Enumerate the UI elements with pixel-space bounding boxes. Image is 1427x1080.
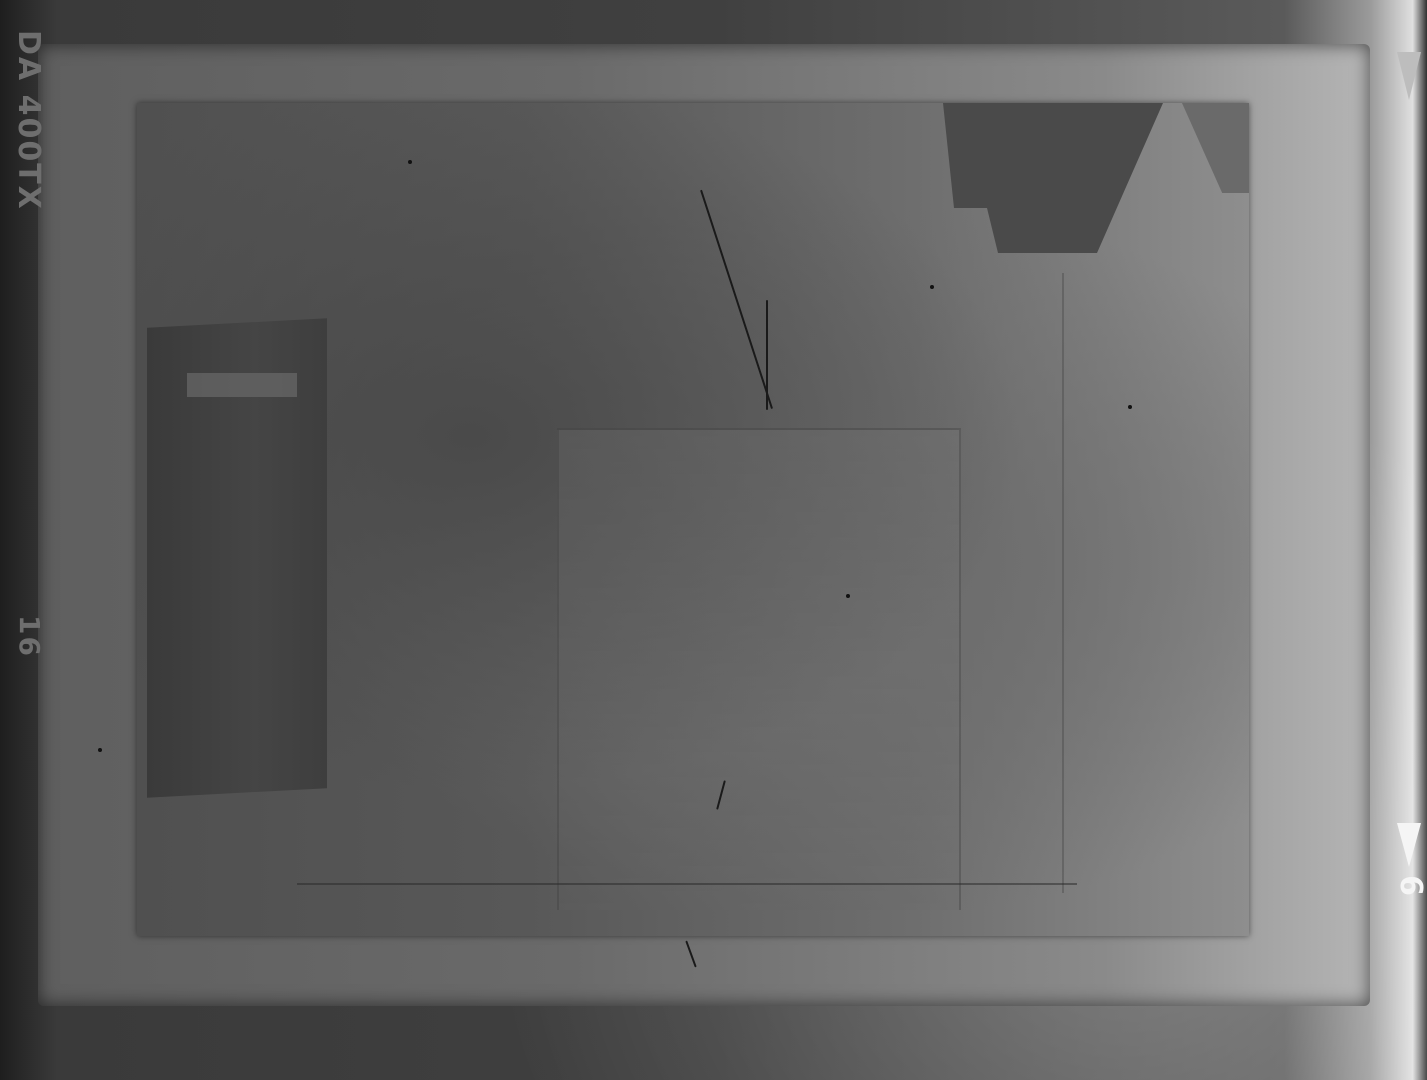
frame-number-right: 6 <box>1393 875 1427 896</box>
film-stock-edge-text: DA 400TX <box>11 30 46 211</box>
floor-line <box>297 883 1077 885</box>
exposed-frame <box>137 103 1249 936</box>
dust-speck <box>408 160 412 164</box>
dust-speck <box>98 748 102 752</box>
scratch <box>766 300 768 410</box>
triangle-marker-icon <box>1397 52 1421 100</box>
window-pane <box>187 373 297 397</box>
dust-speck <box>846 594 850 598</box>
frame-number-left: 16 <box>13 615 46 658</box>
edge-partial-text: DA <box>11 30 46 82</box>
ceiling-shadow-right <box>1182 103 1249 193</box>
film-stock-code: 400TX <box>11 95 46 211</box>
wall-edge <box>1062 273 1064 893</box>
central-arch <box>557 428 961 910</box>
ceiling-shadow <box>943 103 1163 253</box>
film-scan: DA 400TX 16 6 <box>0 0 1427 1080</box>
dust-speck <box>930 285 934 289</box>
dust-speck <box>1128 405 1132 409</box>
triangle-marker-icon <box>1397 823 1421 867</box>
